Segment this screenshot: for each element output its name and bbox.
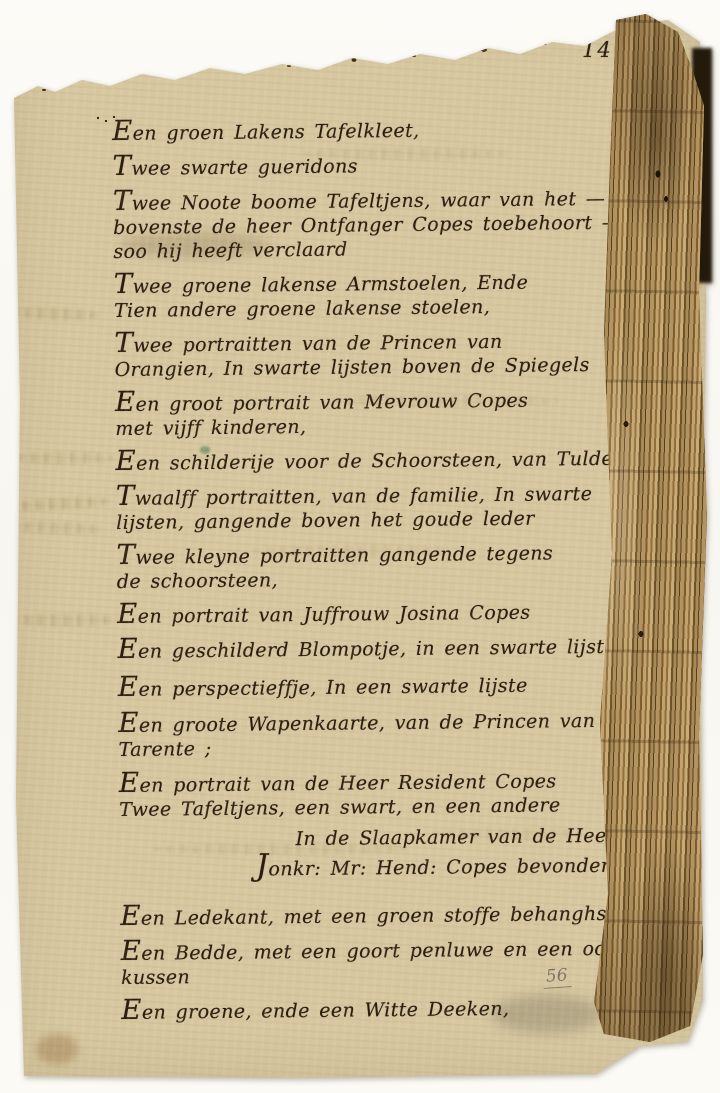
- page-number: 14: [582, 38, 613, 62]
- manuscript-text: Een groen Lakens Tafelkleet,Twee swarte …: [112, 113, 638, 1033]
- inventory-entry: Twaalff portraitten, van de familie, In …: [116, 478, 633, 535]
- inventory-entry: Een schilderije voor de Schoorsteen, van…: [115, 443, 631, 476]
- pencil-folio-number: 56: [542, 965, 571, 989]
- manuscript-line: Twee swarte gueridons: [112, 148, 628, 181]
- inventory-entry: Twee kleyne portraitten gangende tegensd…: [116, 537, 633, 594]
- manuscript-line: Een groene, ende een Witte Deeken,: [121, 992, 637, 1025]
- manuscript-line: Een Ledekant, met een groen stoffe behan…: [120, 898, 636, 931]
- manuscript-line: Een geschilderd Blompotje, in een swarte…: [117, 631, 633, 664]
- torn-edge-specks: [14, 22, 664, 102]
- inventory-entry: Een Ledekant, met een groen stoffe behan…: [120, 898, 636, 931]
- manuscript-line: Een perspectieffje, In een swarte lijste: [118, 669, 634, 702]
- inventory-entry: Een groen Lakens Tafelkleet,: [112, 113, 628, 146]
- manuscript-line: Een groen Lakens Tafelkleet,: [112, 113, 628, 146]
- manuscript-line: lijsten, gangende boven het goude leder: [116, 506, 632, 535]
- inventory-entry: Twee groene lakense Armstoelen, EndeTien…: [114, 266, 631, 323]
- inventory-entry: Een portrait van de Heer Resident CopesT…: [119, 765, 636, 822]
- manuscript-line: Een portrait van Juffrouw Josina Copes: [117, 596, 633, 629]
- inventory-entry: Een geschilderd Blompotje, in een swarte…: [117, 631, 633, 664]
- inventory-entry: Een groote Wapenkaarte, van de Princen v…: [118, 705, 635, 762]
- manuscript-line: Tarente ;: [118, 733, 634, 762]
- scanned-manuscript: 14 Een groen Lakens Tafelkleet,Twee swar…: [0, 0, 720, 1093]
- manuscript-line: Orangien, In swarte lijsten boven de Spi…: [115, 353, 631, 382]
- manuscript-line: Een groote Wapenkaarte, van de Princen v…: [118, 705, 634, 738]
- bleedthrough-mark: [8, 306, 100, 321]
- bleedthrough-mark: [14, 452, 114, 464]
- stain-mark: [36, 1034, 78, 1064]
- inventory-entry: Twee swarte gueridons: [112, 148, 628, 181]
- bleedthrough-mark: [6, 495, 110, 512]
- inventory-entry: Een groot portrait van Mevrouw Copesmet …: [115, 384, 632, 441]
- inventory-entry: Een groene, ende een Witte Deeken,: [121, 992, 637, 1025]
- manuscript-line: de schoorsteen,: [117, 565, 633, 594]
- bleedthrough-mark: [8, 614, 118, 626]
- bedroom-inventory-list: Een Ledekant, met een groen stoffe behan…: [120, 898, 637, 1025]
- manuscript-line: Een schilderije voor de Schoorsteen, van…: [115, 443, 631, 476]
- manuscript-line: Twee Tafeltjens, een swart, en een ander…: [119, 793, 635, 822]
- manuscript-line: soo hij heeft verclaard: [113, 235, 629, 264]
- manuscript-line: Een Bedde, met een goort penluwe en een …: [121, 933, 637, 966]
- heading-line: Jonkr: Mr: Hend: Copes bevonden: [120, 848, 636, 884]
- manuscript-line: met vijff kinderen,: [115, 412, 631, 441]
- bleedthrough-mark: [8, 520, 104, 535]
- inventory-entry: Een perspectieffje, In een swarte lijste: [118, 669, 634, 702]
- manuscript-line: Tien andere groene lakense stoelen,: [114, 294, 630, 323]
- section-heading: In de Slaapkamer van de Heer Jonkr: Mr: …: [119, 824, 636, 884]
- inventory-entry: Twee Noote boome Tafeltjens, waar van he…: [113, 183, 630, 264]
- manuscript-line: Twaalff portraitten, van de familie, In …: [116, 478, 632, 511]
- inventory-entry: Twee portraitten van de Princen vanOrang…: [114, 325, 631, 382]
- inventory-list: Een groen Lakens Tafelkleet,Twee swarte …: [112, 113, 635, 822]
- inventory-entry: Een portrait van Juffrouw Josina Copes: [117, 596, 633, 629]
